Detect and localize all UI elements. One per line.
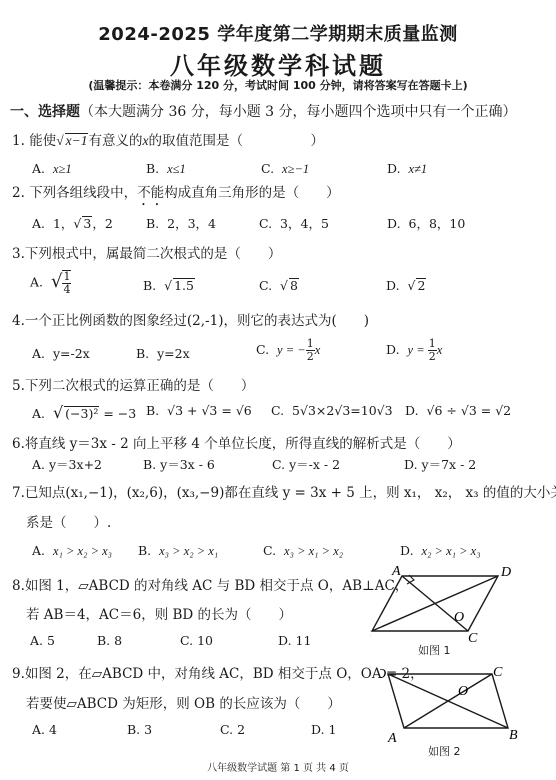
point-b-label: B — [509, 728, 518, 742]
q1-option-a[interactable]: A. x≥1 — [32, 161, 72, 177]
emphasis-text: 不能 — [137, 185, 164, 201]
section-desc: （本大题满分 36 分，每小题 3 分，每小题四个选项中只有一个正确） — [80, 104, 517, 120]
point-c-label: C — [493, 665, 503, 680]
q9-option-d[interactable]: D. 1 — [311, 722, 337, 737]
question-7-stem: 7.已知点(x₁,−1)，(x₂,6)，(x₃,−9)都在直线 y = 3x +… — [12, 481, 556, 501]
q9-option-c[interactable]: C. 2 — [220, 722, 245, 737]
q8-option-b[interactable]: B. 8 — [97, 633, 122, 648]
q7-option-a[interactable]: A. x₁ > x₂ > x₃ — [32, 543, 112, 559]
point-d-label: D — [380, 667, 386, 682]
q5-option-b[interactable]: B. √3 + √3 = √6 — [146, 403, 252, 418]
page-footer: 八年级数学试题 第 1 页 共 4 页 — [0, 759, 556, 774]
point-b-label: B — [370, 627, 371, 642]
q4-option-b[interactable]: B. y=2x — [136, 346, 190, 361]
section-title: 一、选择题 — [10, 104, 80, 120]
question-4-stem: 4.一个正比例函数的图象经过(2,-1)，则它的表达式为( ) — [12, 309, 369, 329]
q6-option-a[interactable]: A. y＝3x+2 — [32, 455, 102, 473]
point-o-label: O — [458, 684, 468, 699]
q8-option-c[interactable]: C. 10 — [180, 633, 213, 648]
q5-option-a[interactable]: A. (−3)² = −3 — [32, 403, 136, 422]
question-9-stem-cont: 若要使▱ABCD 为矩形，则 OB 的长应该为（ ） — [26, 692, 341, 712]
q2-option-b[interactable]: B. 2，3，4 — [146, 214, 216, 232]
q2-option-a[interactable]: A. 1，3，2 — [32, 214, 113, 232]
q6-option-b[interactable]: B. y＝3x - 6 — [143, 455, 215, 473]
q2-option-d[interactable]: D. 6，8，10 — [387, 214, 465, 232]
q8-option-a[interactable]: A. 5 — [30, 633, 55, 648]
question-1-stem: 1. 能使x−1有意义的x的取值范围是（ ） — [12, 129, 324, 149]
question-8-stem-cont: 若 AB＝4，AC＝6，则 BD 的长为（ ） — [26, 603, 292, 623]
exam-title-subject: 八年级数学科试题 — [0, 46, 556, 81]
q4-option-a[interactable]: A. y=-2x — [32, 346, 90, 361]
question-7-stem-cont: 系是（ ）. — [26, 511, 111, 531]
q4-option-c[interactable]: C. y = −12x — [256, 338, 320, 363]
question-6-stem: 6.将直线 y＝3x - 2 向上平移 4 个单位长度，所得直线的解析式是（ ） — [12, 432, 461, 452]
q6-option-c[interactable]: C. y＝-x - 2 — [272, 455, 340, 473]
q4-option-d[interactable]: D. y = 12x — [386, 338, 442, 363]
question-2-stem: 2. 下列各组线段中，不能构成直角三角形的是（ ） — [12, 181, 340, 209]
exam-title-year: 2024-2025 学年度第二学期期末质量监测 — [0, 20, 556, 46]
q5-option-c[interactable]: C. 5√3×2√3=10√3 — [271, 403, 393, 418]
point-a-label: A — [387, 731, 397, 742]
q7-option-b[interactable]: B. x₃ > x₂ > x₁ — [138, 543, 218, 559]
q7-option-c[interactable]: C. x₃ > x₁ > x₂ — [263, 543, 343, 559]
q8-option-d[interactable]: D. 11 — [278, 633, 311, 648]
q2-option-c[interactable]: C. 3，4，5 — [259, 214, 329, 232]
q3-option-c[interactable]: C. 8 — [259, 278, 299, 293]
question-8-stem: 8.如图 1，▱ABCD 的对角线 AC 与 BD 相交于点 O，AB⊥AC， — [12, 574, 408, 594]
q1-option-c[interactable]: C. x≥−1 — [261, 161, 309, 177]
sqrt-symbol — [56, 133, 63, 148]
question-5-stem: 5.下列二次根式的运算正确的是（ ） — [12, 374, 254, 394]
figure-1-caption: 如图 1 — [418, 642, 451, 658]
point-a-label: A — [391, 564, 401, 579]
q9-option-b[interactable]: B. 3 — [127, 722, 152, 737]
point-o-label: O — [454, 610, 464, 625]
q1-option-b[interactable]: B. x≤1 — [146, 161, 186, 177]
q9-option-a[interactable]: A. 4 — [32, 722, 57, 737]
figure-2-caption: 如图 2 — [428, 743, 461, 759]
q7-option-d[interactable]: D. x₂ > x₁ > x₃ — [400, 543, 481, 559]
figure-1-parallelogram: A D B C O — [370, 562, 556, 642]
q5-option-d[interactable]: D. √6 ÷ √3 = √2 — [405, 403, 511, 418]
point-d-label: D — [500, 565, 511, 580]
q3-option-d[interactable]: D. 2 — [386, 278, 426, 293]
q3-option-b[interactable]: B. 1.5 — [143, 278, 195, 293]
section-heading: 一、选择题（本大题满分 36 分，每小题 3 分，每小题四个选项中只有一个正确） — [10, 101, 517, 121]
question-3-stem: 3.下列根式中，属最简二次根式的是（ ） — [12, 242, 281, 262]
exam-notice: (温馨提示：本卷满分 120 分，考试时间 100 分钟，请将答案写在答题卡上) — [0, 77, 556, 93]
q3-option-a[interactable]: A. 14 — [30, 270, 71, 296]
point-c-label: C — [468, 631, 478, 642]
q1-option-d[interactable]: D. x≠1 — [387, 161, 427, 177]
figure-2-parallelogram: D C O A B — [380, 660, 556, 742]
question-9-stem: 9.如图 2，在▱ABCD 中，对角线 AC，BD 相交于点 O，OA = 2， — [12, 662, 424, 682]
q6-option-d[interactable]: D. y＝7x - 2 — [404, 455, 476, 473]
